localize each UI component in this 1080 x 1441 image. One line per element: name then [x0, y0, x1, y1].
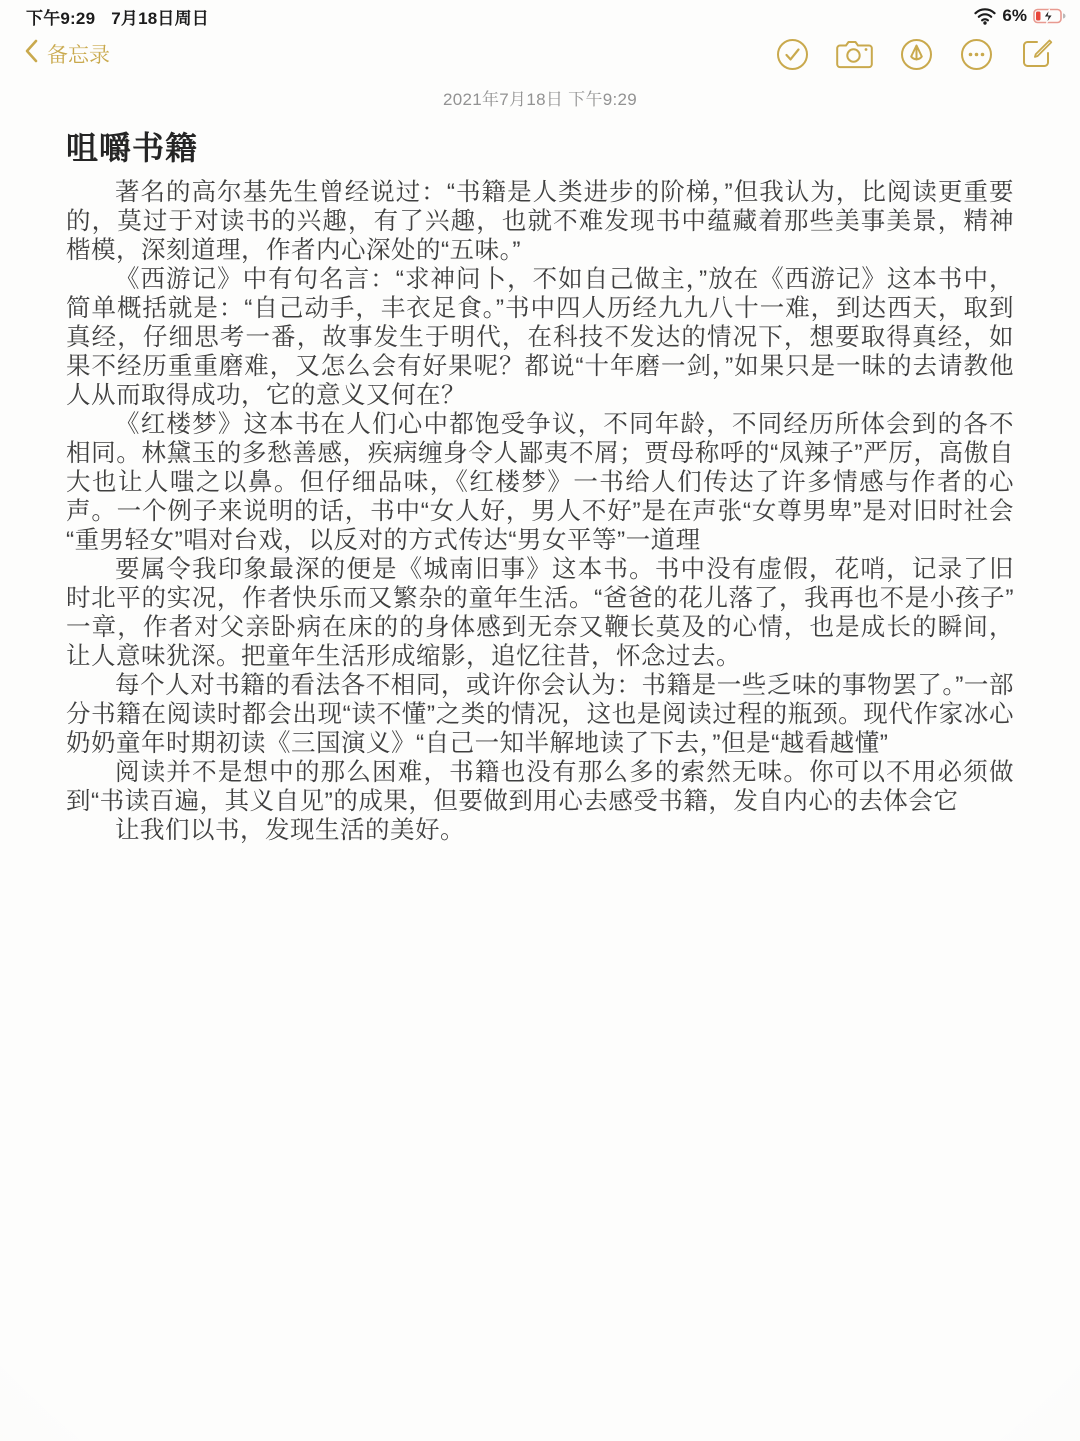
nav-bar: 备忘录 [0, 26, 1080, 74]
note-paragraph: 要属令我印象最深的便是《城南旧事》这本书。书中没有虚假，花哨，记录了旧时北平的实… [66, 555, 1014, 671]
note-paragraph: 《西游记》中有句名言：“求神问卜，不如自己做主，”放在《西游记》这本书中，简单概… [66, 265, 1014, 410]
note-paragraph: 让我们以书，发现生活的美好。 [66, 816, 1014, 845]
note-title: 咀嚼书籍 [66, 123, 1014, 169]
camera-icon[interactable] [836, 39, 873, 69]
markup-pen-icon[interactable] [900, 38, 933, 71]
note-timestamp: 2021年7月18日 下午9:29 [66, 85, 1014, 110]
note-paragraph: 著名的高尔基先生曾经说过：“书籍是人类进步的阶梯，”但我认为，比阅读更重要的，莫… [66, 178, 1014, 265]
more-ellipsis-icon[interactable] [960, 38, 993, 71]
back-button-label: 备忘录 [47, 39, 110, 69]
battery-percent: 6% [1002, 6, 1027, 26]
wifi-icon [974, 7, 996, 25]
note-paragraph: 《红楼梦》这本书在人们心中都饱受争议，不同年龄，不同经历所体会到的各不相同。林黛… [66, 410, 1014, 555]
toolbar [776, 37, 1054, 71]
battery-charging-icon [1033, 8, 1066, 24]
status-date: 7月18日周日 [111, 4, 209, 29]
checklist-icon[interactable] [776, 38, 809, 71]
note-paragraph: 阅读并不是想中的那么困难，书籍也没有那么多的索然无味。你可以不用必须做到“书读百… [66, 758, 1014, 816]
note-body: 著名的高尔基先生曾经说过：“书籍是人类进步的阶梯，”但我认为，比阅读更重要的，莫… [66, 178, 1014, 845]
back-button[interactable]: 备忘录 [24, 39, 110, 69]
note-paragraph: 每个人对书籍的看法各不相同，或许你会认为：书籍是一些乏味的事物罢了。”一部分书籍… [66, 671, 1014, 758]
compose-icon[interactable] [1020, 37, 1054, 71]
chevron-left-icon [24, 39, 38, 69]
status-bar: 下午9:29 7月18日周日 6% [0, 0, 1080, 26]
status-time: 下午9:29 [26, 4, 95, 29]
note-editor[interactable]: 2021年7月18日 下午9:29 咀嚼书籍 著名的高尔基先生曾经说过：“书籍是… [0, 85, 1080, 845]
